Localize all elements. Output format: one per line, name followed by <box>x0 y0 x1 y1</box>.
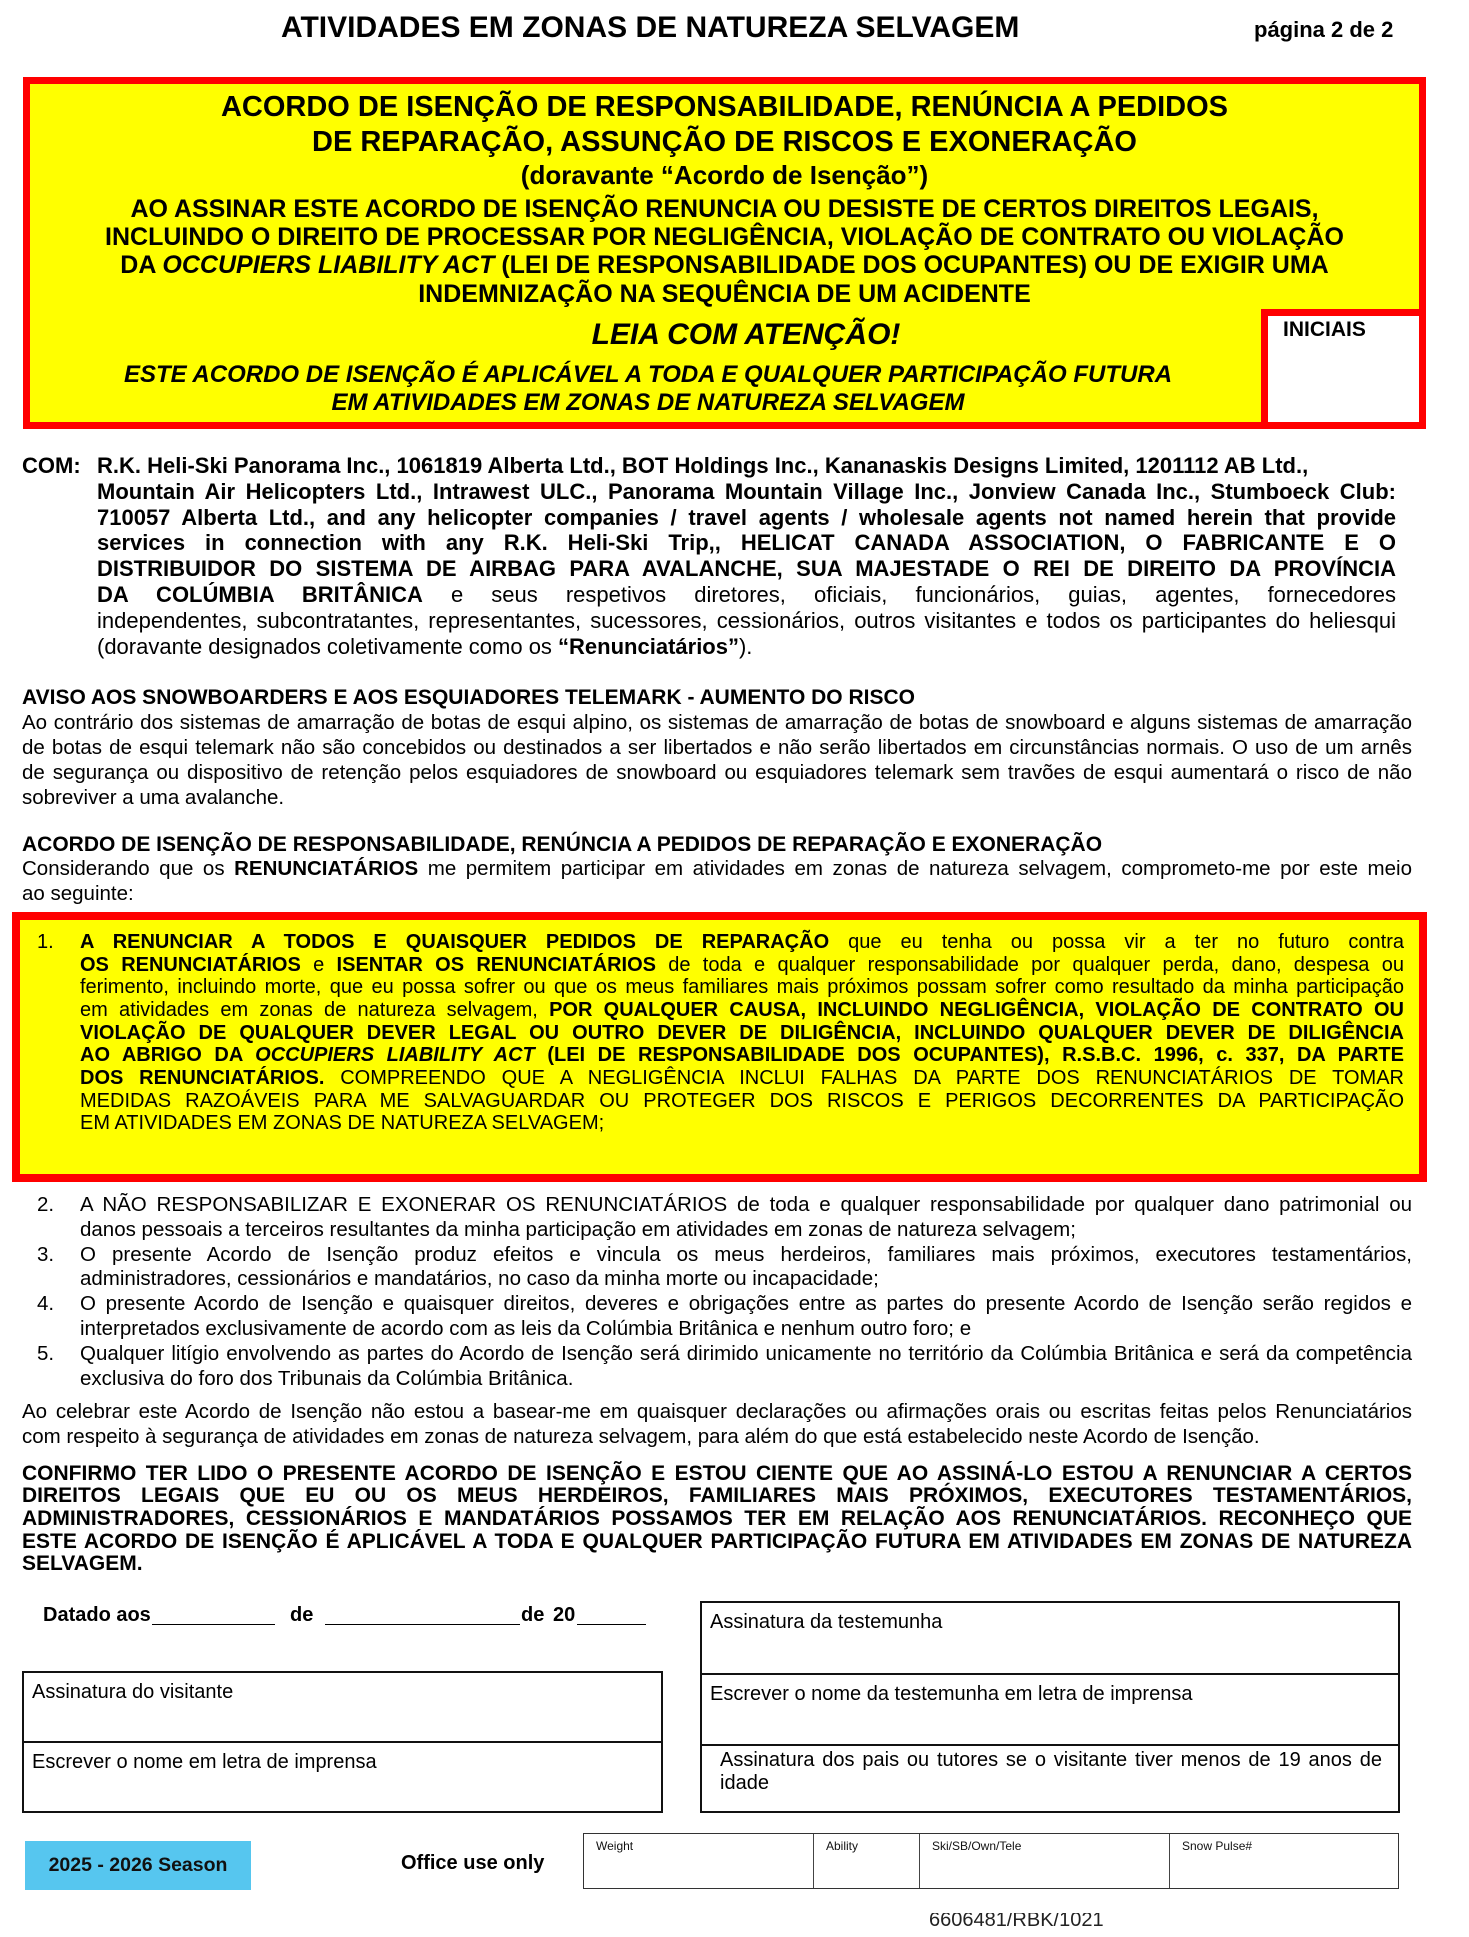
item-number: 2. <box>37 1193 54 1218</box>
text-line: Mountain Air Helicopters Ltd., Intrawest… <box>97 479 1396 505</box>
bold-text: Mountain Air Helicopters Ltd., Intrawest… <box>97 479 1396 504</box>
bold-text: DA COLÚMBIA BRITÂNICA <box>97 582 423 607</box>
witness-signature-field[interactable]: Assinatura da testemunha <box>702 1603 1398 1673</box>
visitor-name-label: Escrever o nome em letra de imprensa <box>32 1751 377 1773</box>
item-text: O presente Acordo de Isenção produz efei… <box>80 1243 1412 1293</box>
text-line: INCLUINDO O DIREITO DE PROCESSAR POR NEG… <box>30 223 1419 251</box>
text-run: COMPREENDO QUE A NEGLIGÊNCIA INCLUI FALH… <box>324 1067 1404 1089</box>
form-code-area: 6606481/RBK/1021 <box>929 1913 1129 1937</box>
office-use-label: Office use only <box>401 1853 544 1873</box>
bold-text: AO ABRIGO DA <box>80 1044 255 1066</box>
text-line: ADMINISTRADORES, CESSIONÁRIOS E MANDATÁR… <box>22 1508 1412 1531</box>
text-line: 710057 Alberta Ltd., and any helicopter … <box>97 505 1396 531</box>
text-line: ferimento, incluindo morte, que eu possa… <box>80 976 1404 999</box>
highlighted-clause: 1.A RENUNCIAR A TODOS E QUAISQUER PEDIDO… <box>37 931 1404 1135</box>
bold-text: R.K. Heli-Ski Panorama Inc., 1061819 Alb… <box>97 453 1308 478</box>
legal-rights-warning: AO ASSINAR ESTE ACORDO DE ISENÇÃO RENUNC… <box>30 195 1419 308</box>
reliance-statement: Ao celebrar este Acordo de Isenção não e… <box>22 1399 1412 1449</box>
list-item: 5.Qualquer litígio envolvendo as partes … <box>37 1342 1412 1392</box>
text-line: ESTE ACORDO DE ISENÇÃO É APLICÁVEL A TOD… <box>22 1531 1412 1554</box>
witness-name-field[interactable]: Escrever o nome da testemunha em letra d… <box>702 1673 1398 1745</box>
text-line: Qualquer litígio envolvendo as partes do… <box>80 1342 1412 1367</box>
bold-text: services in connection with any R.K. Hel… <box>97 530 1396 555</box>
item-number: 4. <box>37 1292 54 1317</box>
releasees-label: COM: <box>22 453 81 479</box>
text-run: DA <box>120 251 162 279</box>
text-line: ESTE ACORDO DE ISENÇÃO É APLICÁVEL A TOD… <box>30 361 1266 389</box>
list-item: 3.O presente Acordo de Isenção produz ef… <box>37 1243 1412 1293</box>
text-line: DA COLÚMBIA BRITÂNICA e seus respetivos … <box>97 582 1396 608</box>
bold-text: 710057 Alberta Ltd., and any helicopter … <box>97 505 1396 530</box>
bold-text: A RENUNCIAR A TODOS E QUAISQUER PEDIDOS … <box>80 931 829 953</box>
page-number: página 2 de 2 <box>1254 19 1393 41</box>
bold-text: RENUNCIATÁRIOS <box>234 857 418 880</box>
text-line: Ao celebrar este Acordo de Isenção não e… <box>22 1399 1412 1424</box>
confirmation-statement: CONFIRMO TER LIDO O PRESENTE ACORDO DE I… <box>22 1463 1412 1576</box>
item-number: 1. <box>37 931 54 954</box>
text-line: INDEMNIZAÇÃO NA SEQUÊNCIA DE UM ACIDENTE <box>30 280 1419 308</box>
text-line: OS RENUNCIATÁRIOS e ISENTAR OS RENUNCIAT… <box>80 954 1404 977</box>
bold-text: ISENTAR OS RENUNCIATÁRIOS <box>337 954 656 976</box>
initials-label: INICIAIS <box>1283 319 1366 340</box>
weight-label: Weight <box>596 1839 633 1853</box>
equipment-label: Ski/SB/Own/Tele <box>932 1839 1021 1853</box>
bold-text: OS RENUNCIATÁRIOS <box>80 954 301 976</box>
text-line: DIREITOS LEGAIS QUE EU OU OS MEUS HERDEI… <box>22 1485 1412 1508</box>
text-line: R.K. Heli-Ski Panorama Inc., 1061819 Alb… <box>97 453 1396 479</box>
text-line: de botas de esqui telemark não são conce… <box>22 735 1412 760</box>
text-line: ao seguinte: <box>22 882 1412 907</box>
text-line: CONFIRMO TER LIDO O PRESENTE ACORDO DE I… <box>22 1463 1412 1486</box>
month-connector: de <box>290 1605 313 1625</box>
initials-field[interactable]: INICIAIS <box>1261 309 1426 429</box>
visitor-signature-field[interactable]: Assinatura do visitante <box>24 1673 661 1741</box>
item-number: 5. <box>37 1342 54 1367</box>
text-line: DE REPARAÇÃO, ASSUNÇÃO DE RISCOS E EXONE… <box>30 125 1419 160</box>
witness-name-label: Escrever o nome da testemunha em letra d… <box>710 1683 1192 1705</box>
ability-field[interactable]: Ability <box>813 1834 919 1888</box>
text-run: e <box>301 954 337 976</box>
text-run: me permitem participar em atividades em … <box>418 857 1412 880</box>
agreement-clauses: 2.A NÃO RESPONSABILIZAR E EXONERAR OS RE… <box>37 1193 1412 1392</box>
office-use-table: Weight Ability Ski/SB/Own/Tele Snow Puls… <box>583 1833 1399 1889</box>
releasees-list: R.K. Heli-Ski Panorama Inc., 1061819 Alb… <box>97 453 1396 659</box>
future-participation-notice: ESTE ACORDO DE ISENÇÃO É APLICÁVEL A TOD… <box>30 361 1266 417</box>
text-line: danos pessoais a terceiros resultantes d… <box>80 1218 1412 1243</box>
text-line: O presente Acordo de Isenção e quaisquer… <box>80 1292 1412 1317</box>
emphasis-text: OCCUPIERS LIABILITY ACT <box>162 251 494 279</box>
text-line: Ao contrário dos sistemas de amarração d… <box>22 710 1412 735</box>
text-run: que eu tenha ou possa vir a ter no futur… <box>829 931 1404 953</box>
text-line: DA OCCUPIERS LIABILITY ACT (LEI DE RESPO… <box>30 251 1419 279</box>
text-line: administradores, cessionários e mandatár… <box>80 1267 1412 1292</box>
dated-label: Datado aos <box>43 1605 151 1625</box>
text-line: ACORDO DE ISENÇÃO DE RESPONSABILIDADE, R… <box>30 90 1419 125</box>
agreement-heading: ACORDO DE ISENÇÃO DE RESPONSABILIDADE, R… <box>22 833 1102 858</box>
item-text: Qualquer litígio envolvendo as partes do… <box>80 1342 1412 1392</box>
guardian-signature-field[interactable]: Assinatura dos pais ou tutores se o visi… <box>702 1744 1398 1811</box>
text-line: em atividades em zonas de natureza selva… <box>80 999 1404 1022</box>
item-text: A RENUNCIAR A TODOS E QUAISQUER PEDIDOS … <box>80 931 1404 1135</box>
text-line: A RENUNCIAR A TODOS E QUAISQUER PEDIDOS … <box>80 931 1404 954</box>
bold-text: (LEI DE RESPONSABILIDADE DOS OCUPANTES),… <box>535 1044 1404 1066</box>
text-line: de segurança ou dispositivo de retenção … <box>22 760 1412 785</box>
form-code: 6606481/RBK/1021 <box>929 1913 1104 1930</box>
text-run: Considerando que os <box>22 857 234 880</box>
text-run: (LEI DE RESPONSABILIDADE DOS OCUPANTES) … <box>494 251 1328 279</box>
text-line: interpretados exclusivamente de acordo c… <box>80 1317 1412 1342</box>
bold-text: POR QUALQUER CAUSA, INCLUINDO NEGLIGÊNCI… <box>549 999 1404 1021</box>
list-item: 4.O presente Acordo de Isenção e quaisqu… <box>37 1292 1412 1342</box>
text-line: services in connection with any R.K. Hel… <box>97 530 1396 556</box>
text-line: AO ASSINAR ESTE ACORDO DE ISENÇÃO RENUNC… <box>30 195 1419 223</box>
ability-label: Ability <box>826 1839 858 1853</box>
snowboard-warning-heading: AVISO AOS SNOWBOARDERS E AOS ESQUIADORES… <box>22 685 915 710</box>
bold-text: DOS RENUNCIATÁRIOS. <box>80 1067 324 1089</box>
item-number: 3. <box>37 1243 54 1268</box>
witness-signature-box: Assinatura da testemunha Escrever o nome… <box>700 1601 1400 1813</box>
text-line: O presente Acordo de Isenção produz efei… <box>80 1243 1412 1268</box>
snow-pulse-label: Snow Pulse# <box>1182 1839 1252 1853</box>
waiver-title: ACORDO DE ISENÇÃO DE RESPONSABILIDADE, R… <box>30 90 1419 160</box>
text-line: DISTRIBUIDOR DO SISTEMA DE AIRBAG PARA A… <box>97 556 1396 582</box>
text-line: VIOLAÇÃO DE QUALQUER DEVER LEGAL OU OUTR… <box>80 1022 1404 1045</box>
bold-text: “Renunciatários” <box>558 634 739 659</box>
year-field[interactable] <box>577 1605 646 1625</box>
season-badge: 2025 - 2026 Season <box>25 1841 251 1890</box>
year-connector: de <box>521 1605 544 1625</box>
text-line: idade <box>720 1772 1382 1795</box>
waiver-subtitle: (doravante “Acordo de Isenção”) <box>30 162 1419 188</box>
visitor-name-field[interactable]: Escrever o nome em letra de imprensa <box>24 1741 661 1811</box>
read-carefully-notice: LEIA COM ATENÇÃO! <box>30 320 1462 350</box>
item-text: O presente Acordo de Isenção e quaisquer… <box>80 1292 1412 1342</box>
text-line: Assinatura dos pais ou tutores se o visi… <box>720 1749 1382 1772</box>
text-line: EM ATIVIDADES EM ZONAS DE NATUREZA SELVA… <box>80 1112 1404 1135</box>
text-line: SELVAGEM. <box>22 1553 1412 1576</box>
item-text: A NÃO RESPONSABILIZAR E EXONERAR OS RENU… <box>80 1193 1412 1243</box>
text-line: MEDIDAS RAZOÁVEIS PARA ME SALVAGUARDAR O… <box>80 1090 1404 1113</box>
text-run: (doravante designados coletivamente como… <box>97 634 558 659</box>
list-item: 2.A NÃO RESPONSABILIZAR E EXONERAR OS RE… <box>37 1193 1412 1243</box>
text-line: Considerando que os RENUNCIATÁRIOS me pe… <box>22 857 1412 882</box>
text-line: DOS RENUNCIATÁRIOS. COMPREENDO QUE A NEG… <box>80 1067 1404 1090</box>
page-title: ATIVIDADES EM ZONAS DE NATUREZA SELVAGEM <box>281 13 1019 43</box>
text-run: de toda e qualquer responsabilidade por … <box>656 954 1404 976</box>
month-field[interactable] <box>325 1605 520 1625</box>
list-item: 1.A RENUNCIAR A TODOS E QUAISQUER PEDIDO… <box>37 931 1404 1135</box>
day-field[interactable] <box>152 1605 275 1625</box>
bold-text: DISTRIBUIDOR DO SISTEMA DE AIRBAG PARA A… <box>97 556 1396 581</box>
text-line: independentes, subcontratantes, represen… <box>97 608 1396 634</box>
text-line: com respeito à segurança de atividades e… <box>22 1424 1412 1449</box>
visitor-signature-label: Assinatura do visitante <box>32 1681 233 1703</box>
bold-text: VIOLAÇÃO DE QUALQUER DEVER LEGAL OU OUTR… <box>80 1022 1404 1044</box>
text-line: sobreviver a uma avalanche. <box>22 785 1412 810</box>
text-line: A NÃO RESPONSABILIZAR E EXONERAR OS RENU… <box>80 1193 1412 1218</box>
visitor-signature-box: Assinatura do visitante Escrever o nome … <box>22 1671 663 1813</box>
emphasis-text: OCCUPIERS LIABILITY ACT <box>255 1044 535 1066</box>
text-run: e seus respetivos diretores, oficiais, f… <box>423 582 1396 607</box>
agreement-intro: Considerando que os RENUNCIATÁRIOS me pe… <box>22 857 1412 906</box>
equipment-field[interactable]: Ski/SB/Own/Tele <box>919 1834 1169 1888</box>
text-run: ). <box>739 634 752 659</box>
text-line: EM ATIVIDADES EM ZONAS DE NATUREZA SELVA… <box>30 389 1266 417</box>
text-line: exclusiva do foro dos Tribunais da Colúm… <box>80 1367 1412 1392</box>
guardian-signature-label: Assinatura dos pais ou tutores se o visi… <box>720 1749 1382 1795</box>
weight-field[interactable]: Weight <box>584 1834 813 1888</box>
season-label: 2025 - 2026 Season <box>49 1854 228 1877</box>
text-line: AO ABRIGO DA OCCUPIERS LIABILITY ACT (LE… <box>80 1044 1404 1067</box>
witness-signature-label: Assinatura da testemunha <box>710 1611 942 1633</box>
text-line: (doravante designados coletivamente como… <box>97 634 1396 660</box>
snow-pulse-field[interactable]: Snow Pulse# <box>1169 1834 1398 1888</box>
year-prefix: 20 <box>553 1605 575 1625</box>
snowboard-warning-text: Ao contrário dos sistemas de amarração d… <box>22 710 1412 810</box>
text-run: em atividades em zonas de natureza selva… <box>80 999 549 1021</box>
